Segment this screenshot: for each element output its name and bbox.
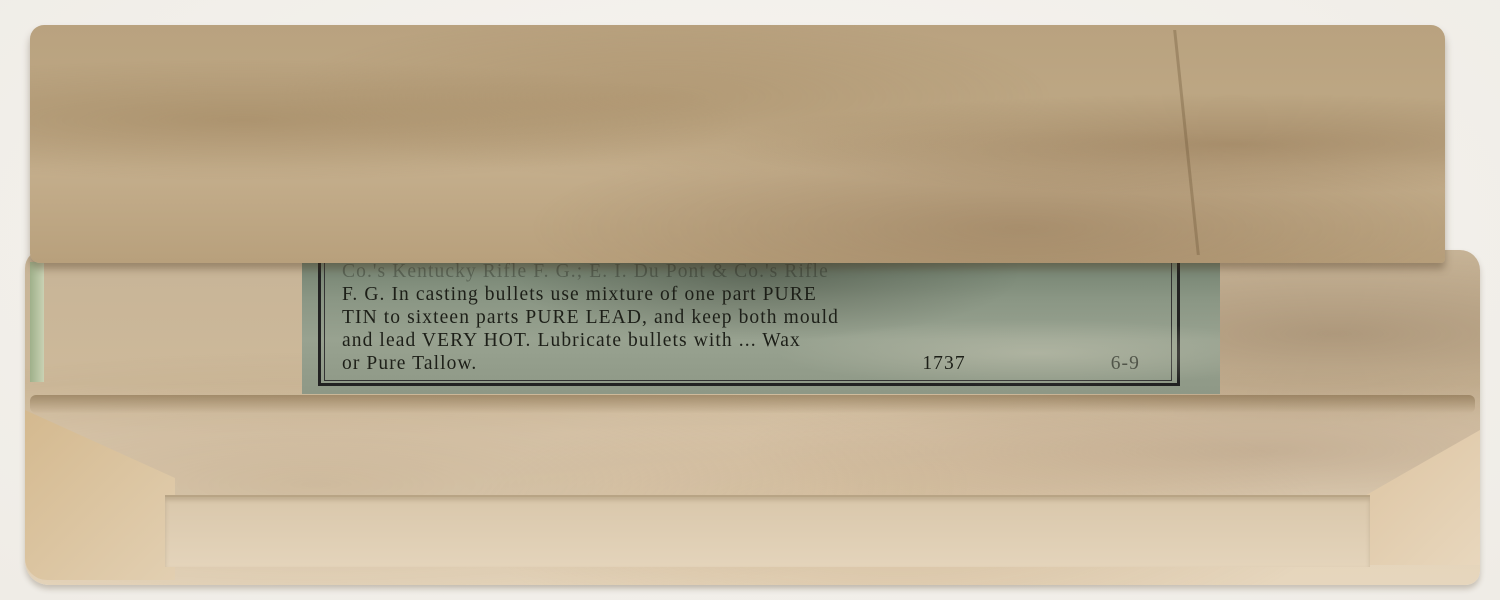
box-bottom-flap <box>165 495 1370 567</box>
label-text: Co.'s Kentucky Rifle F. G.; E. I. Du Pon… <box>342 260 1160 375</box>
label-line-3: TIN to sixteen parts PURE LEAD, and keep… <box>342 306 1160 329</box>
label-line-2: F. G. In casting bullets use mixture of … <box>342 283 1160 306</box>
label-number-left: 1737 <box>922 352 965 375</box>
label-line-5: or Pure Tallow. 1737 6-9 <box>342 352 1160 375</box>
inner-box-edge <box>30 262 44 382</box>
label-line-5-text: or Pure Tallow. <box>342 352 477 375</box>
label-line-1: Co.'s Kentucky Rifle F. G.; E. I. Du Pon… <box>342 260 1160 283</box>
label-number-right: 6-9 <box>1111 352 1140 375</box>
label-line-4: and lead VERY HOT. Lubricate bullets wit… <box>342 329 1160 352</box>
box-edge <box>30 395 1475 413</box>
printed-label: Co.'s Kentucky Rifle F. G.; E. I. Du Pon… <box>302 258 1220 394</box>
box-sleeve <box>30 25 1445 263</box>
